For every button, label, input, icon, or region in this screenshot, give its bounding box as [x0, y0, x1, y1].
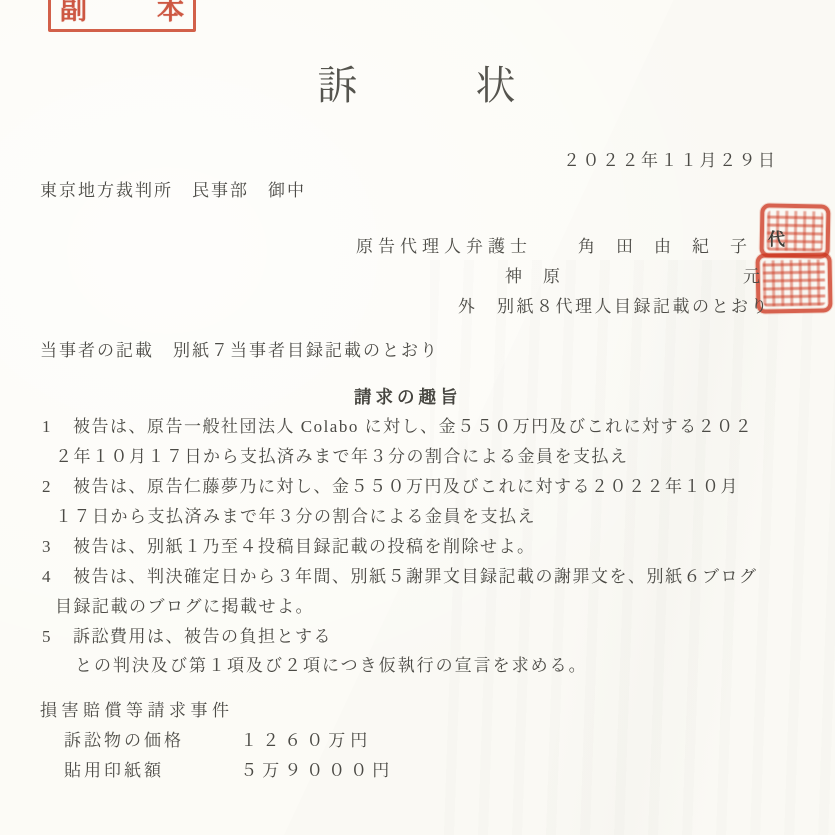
claim-item-1-number: 1	[42, 412, 73, 442]
suit-value-row: 訴訟物の価格 １２６０万円	[64, 726, 372, 751]
document-date: ２０２２年１１月２９日	[563, 146, 778, 171]
claim-item-3-text: 被告は、別紙１乃至４投稿目録記載の投稿を削除せよ。	[73, 532, 536, 562]
suit-value-label: 訴訟物の価格	[64, 726, 236, 751]
claim-item-2-line-1: 2 被告は、原告仁藤夢乃に対し、金５５０万円及びこれに対する２０２２年１０月	[42, 472, 812, 502]
duplicate-stamp-right-char: 本	[157, 0, 184, 27]
claim-item-4-line-2: 目録記載のブログに掲載せよ。	[42, 592, 812, 622]
complaint-document-page: 副 本 訴 状 ２０２２年１１月２９日 東京地方裁判所 民事部 御中 原告代理人…	[0, 0, 835, 835]
title-char-1: 訴	[318, 54, 360, 111]
claim-item-1-line-1: 1 被告は、原告一般社団法人 Colabo に対し、金５５０万円及びこれに対する…	[42, 412, 812, 442]
claim-item-2-line-2: １７日から支払済みまで年３分の割合による金員を支払え	[42, 502, 812, 532]
revenue-stamp-amount: ５万９０００円	[240, 761, 394, 780]
document-title: 訴 状	[0, 54, 835, 111]
claim-item-5-text: 訴訟費用は、被告の負担とする	[73, 622, 332, 652]
claim-item-2-text: 被告は、原告仁藤夢乃に対し、金５５０万円及びこれに対する２０２２年１０月	[73, 472, 739, 502]
claim-item-1-text: 被告は、原告一般社団法人 Colabo に対し、金５５０万円及びこれに対する２０…	[73, 412, 753, 442]
revenue-stamp-row: 貼用印紙額 ５万９０００円	[64, 756, 394, 781]
title-char-2: 状	[476, 54, 518, 111]
claim-item-4-text: 被告は、判決確定日から３年間、別紙５謝罪文目録記載の謝罪文を、別紙６ブログ	[73, 562, 758, 592]
claim-item-1-line-2: ２年１０月１７日から支払済みまで年３分の割合による金員を支払え	[42, 442, 812, 472]
other-attorneys-reference: 外 別紙８代理人目録記載のとおり	[458, 292, 770, 317]
addressed-court: 東京地方裁判所 民事部 御中	[40, 176, 306, 201]
claim-closing-line: との判決及び第１項及び２項につき仮執行の宣言を求める。	[42, 652, 812, 680]
claim-item-3-line-1: 3 被告は、別紙１乃至４投稿目録記載の投稿を削除せよ。	[42, 532, 812, 562]
representative-mark: 代	[768, 225, 785, 250]
suit-value-amount: １２６０万円	[240, 731, 372, 750]
attorney-name-2-surname: 神 原	[505, 262, 562, 287]
attorney-role-label: 原告代理人弁護士	[356, 232, 532, 257]
claim-item-4-line-1: 4 被告は、判決確定日から３年間、別紙５謝罪文目録記載の謝罪文を、別紙６ブログ	[42, 562, 812, 592]
attorney-name-1: 角 田 由 紀 子	[578, 232, 749, 257]
claim-item-5-line-1: 5 訴訟費用は、被告の負担とする	[42, 622, 812, 652]
parties-reference-line: 当事者の記載 別紙７当事者目録記載のとおり	[40, 336, 439, 361]
revenue-stamp-label: 貼用印紙額	[64, 756, 236, 781]
claim-section-heading: 請求の趣旨	[354, 384, 462, 409]
claim-item-2-number: 2	[42, 472, 73, 502]
claim-item-3-number: 3	[42, 532, 73, 562]
claim-item-5-number: 5	[42, 622, 73, 652]
duplicate-stamp-left-char: 副	[60, 0, 87, 27]
attorney-name-2-given: 元	[743, 262, 760, 287]
duplicate-copy-stamp: 副 本	[48, 0, 196, 32]
claim-items-list: 1 被告は、原告一般社団法人 Colabo に対し、金５５０万円及びこれに対する…	[42, 412, 812, 680]
case-type-title: 損害賠償等請求事件	[40, 696, 234, 721]
claim-item-4-number: 4	[42, 562, 73, 592]
